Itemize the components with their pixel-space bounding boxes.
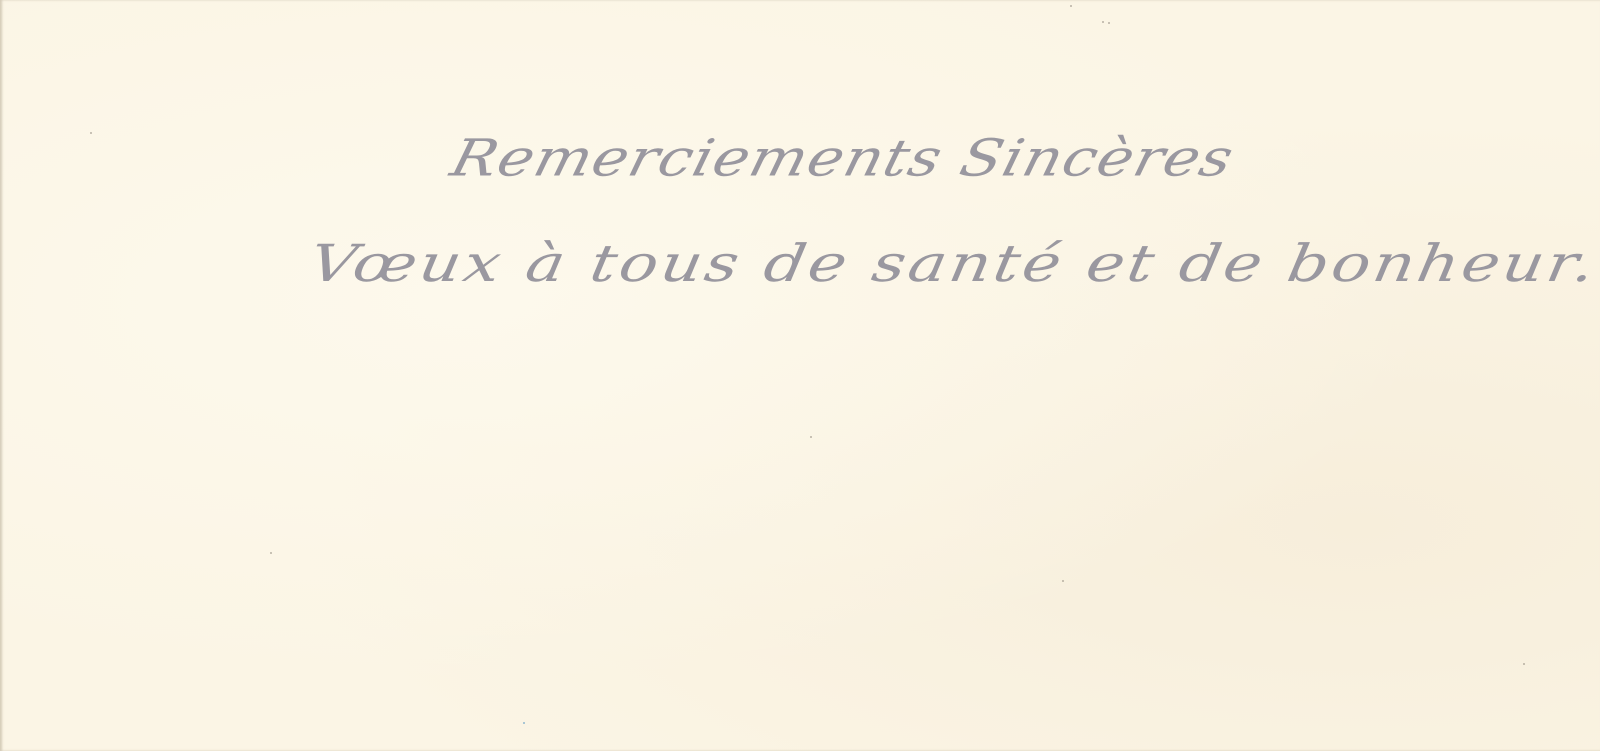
paper-speck	[1108, 22, 1110, 24]
handwritten-line-thanks: Remerciements Sincères	[445, 129, 1240, 189]
paper-speck	[810, 436, 812, 438]
paper-speck	[1062, 580, 1064, 582]
paper-speck	[90, 132, 92, 134]
card-paper: Remerciements Sincères Vœux à tous de sa…	[0, 0, 1600, 751]
paper-speck	[1523, 663, 1525, 665]
paper-speck	[1102, 21, 1104, 23]
paper-speck	[270, 552, 272, 554]
handwritten-line-wishes: Vœux à tous de santé et de bonheur.	[305, 235, 1600, 294]
paper-speck	[523, 722, 525, 724]
paper-speck	[1070, 5, 1072, 7]
